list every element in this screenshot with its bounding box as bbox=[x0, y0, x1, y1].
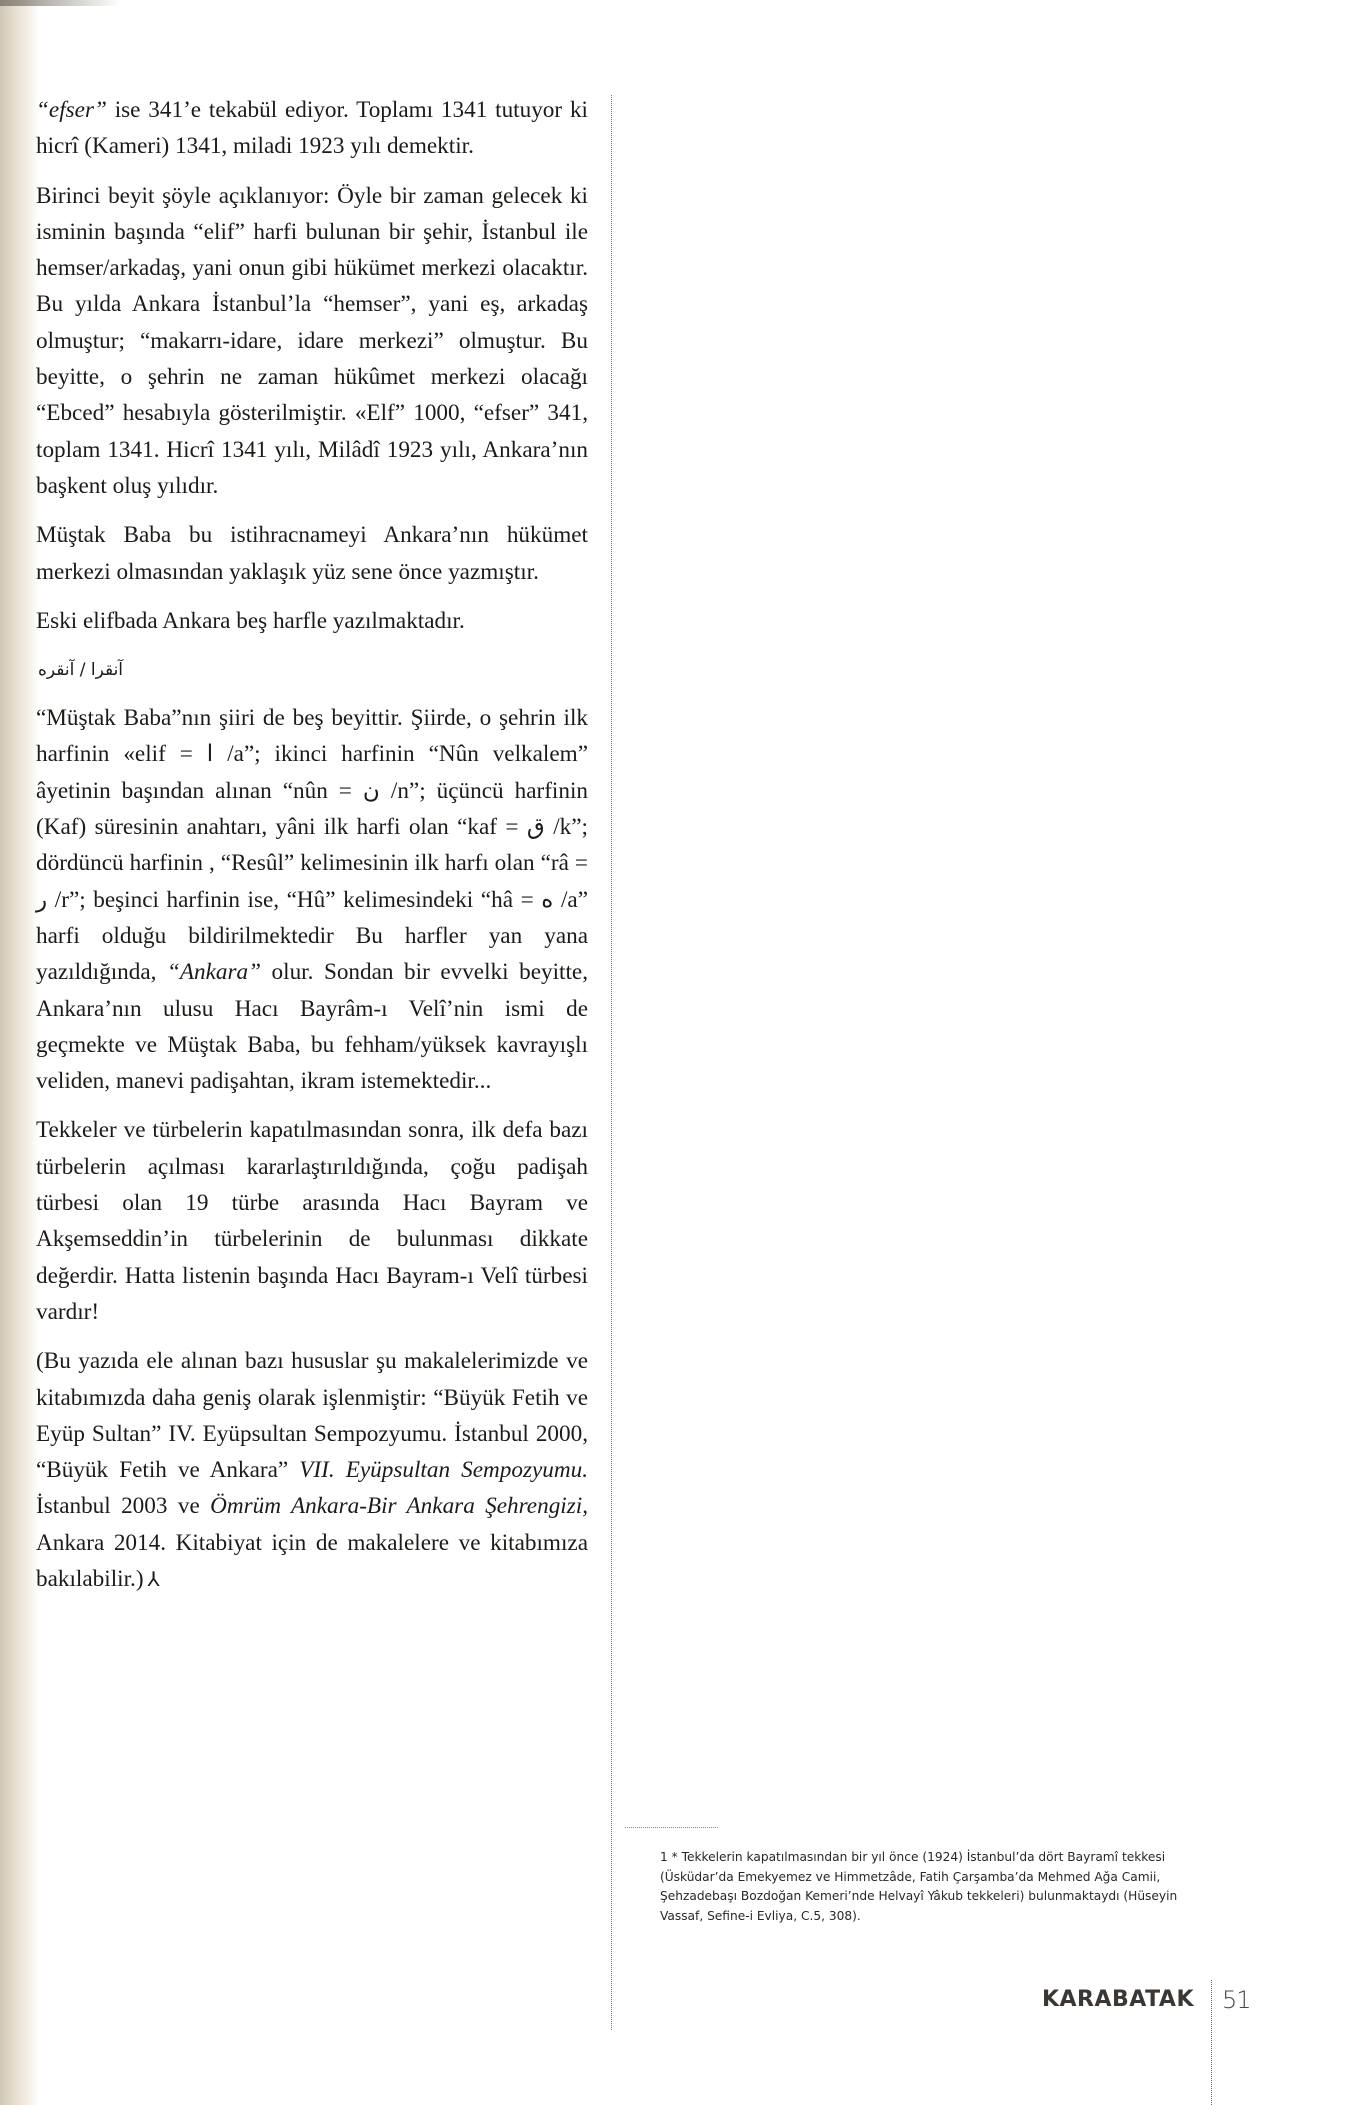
page-footer: KARABATAK 51 bbox=[0, 1978, 1362, 2105]
arabic-ankara-spelling: آنقرا / آنقره bbox=[36, 652, 588, 688]
text-segment: “Ankara” bbox=[167, 959, 261, 985]
footnote: 1 * Tekkelerin kapatılmasından bir yıl ö… bbox=[660, 1848, 1220, 1926]
paragraph-efser: “efser” ise 341’e tekabül ediyor. Toplam… bbox=[36, 92, 588, 165]
footnote-rule bbox=[625, 1827, 718, 1828]
text-segment: VII. Eyüpsultan Sempoz­yumu. bbox=[299, 1457, 588, 1483]
text-segment: “efser” bbox=[36, 97, 107, 123]
text-segment: “Müştak Baba”nın şiiri de beş beyittir. … bbox=[36, 705, 588, 985]
paragraph-eski-elifba: Eski elifbada Ankara beş harfle yazılmak… bbox=[36, 603, 588, 639]
paragraph-references: (Bu yazıda ele alınan bazı hususlar şu m… bbox=[36, 1343, 588, 1597]
page-number: 51 bbox=[1222, 1986, 1251, 2014]
magazine-brand: KARABATAK bbox=[1042, 1987, 1194, 2012]
paragraph-mustak-baba: Müştak Baba bu istihracnameyi Ankara’nın… bbox=[36, 517, 588, 590]
paragraph-birinci-beyit: Birinci beyit şöyle açıklanıyor: Öyle bi… bbox=[36, 178, 588, 505]
column-divider bbox=[611, 95, 612, 2030]
bird-end-mark-icon: ⅄ bbox=[148, 1567, 160, 1591]
paragraph-tekkeler: Tekkeler ve türbelerin kapatılmasından s… bbox=[36, 1112, 588, 1330]
text-segment: Ömrüm Ankara-Bir An­kara Şehrengizi, bbox=[210, 1493, 588, 1519]
text-segment: Müştak Baba bu istihracnameyi Ankara’nın… bbox=[36, 522, 588, 584]
text-segment: Ankara 2014. Kitabiyat için de makaleler… bbox=[36, 1530, 588, 1592]
footer-divider bbox=[1211, 1980, 1212, 2105]
text-segment: Birinci beyit şöyle açıklanıyor: Öyle bi… bbox=[36, 183, 588, 499]
text-segment: Tekkeler ve türbelerin kapatılmasından s… bbox=[36, 1117, 588, 1324]
text-segment: ise 341’e tekabül ediyor. Toplamı 1341 t… bbox=[36, 97, 588, 159]
text-segment: Eski elifbada Ankara beş harfle yazılmak… bbox=[36, 608, 465, 634]
page-binding-shadow bbox=[0, 0, 38, 2105]
article-main-column: “efser” ise 341’e tekabül ediyor. Toplam… bbox=[36, 92, 588, 1610]
paragraph-siir-bes-beyit: “Müştak Baba”nın şiiri de beş beyittir. … bbox=[36, 700, 588, 1099]
page-top-edge bbox=[0, 0, 120, 6]
text-segment: İstanbul 2003 ve bbox=[36, 1493, 210, 1519]
